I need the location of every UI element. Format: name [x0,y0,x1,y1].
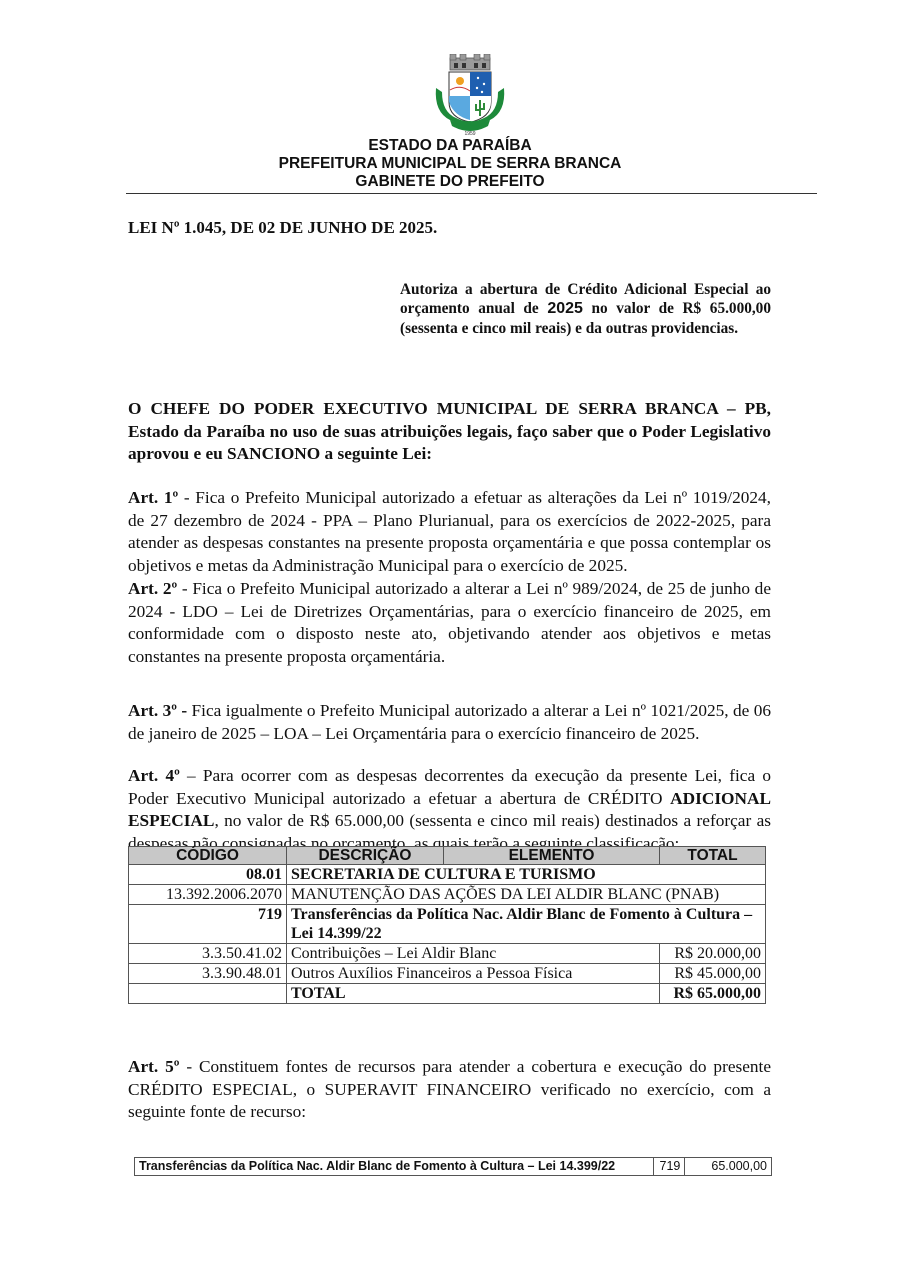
article-5-text: - Constituem fontes de recursos para ate… [128,1057,771,1121]
funding-source-table: Transferências da Política Nac. Aldir Bl… [134,1157,772,1176]
table-row: 3.3.90.48.01 Outros Auxílios Financeiros… [129,964,766,984]
table-row: 13.392.2006.2070 MANUTENÇÃO DAS AÇÕES DA… [129,885,766,905]
row-description: Transferências da Política Nac. Aldir Bl… [287,905,766,944]
article-3: Art. 3º - Fica igualmente o Prefeito Mun… [128,700,771,745]
table-total-row: TOTAL R$ 65.000,00 [129,984,766,1004]
row-code: 13.392.2006.2070 [129,885,287,905]
row-description: MANUTENÇÃO DAS AÇÕES DA LEI ALDIR BLANC … [287,885,766,905]
row-code: 3.3.90.48.01 [129,964,287,984]
row-total: R$ 65.000,00 [660,984,766,1004]
header-codigo: CÓDIGO [129,847,287,865]
article-5: Art. 5º - Constituem fontes de recursos … [128,1056,771,1124]
row-description: Contribuições – Lei Aldir Blanc [287,944,660,964]
municipality-name: PREFEITURA MUNICIPAL DE SERRA BRANCA [0,155,900,172]
coat-of-arms-icon: 1959 [432,54,508,136]
source-description: Transferências da Política Nac. Aldir Bl… [135,1158,654,1176]
row-total: R$ 20.000,00 [660,944,766,964]
table-header-row: CÓDIGO DESCRIÇÃO ELEMENTO TOTAL [129,847,766,865]
article-4-label: Art. 4º [128,766,180,785]
article-2: Art. 2º - Fica o Prefeito Municipal auto… [128,578,771,668]
article-3-text: Fica igualmente o Prefeito Municipal aut… [128,701,771,743]
row-description: TOTAL [287,984,660,1004]
row-code: 08.01 [129,865,287,885]
state-name: ESTADO DA PARAÍBA [0,137,900,154]
law-summary: Autoriza a abertura de Crédito Adicional… [400,280,771,338]
row-description: Outros Auxílios Financeiros a Pessoa Fís… [287,964,660,984]
header-divider [126,193,817,194]
row-code [129,984,287,1004]
svg-text:1959: 1959 [464,131,475,136]
table-row: Transferências da Política Nac. Aldir Bl… [135,1158,772,1176]
preamble: O CHEFE DO PODER EXECUTIVO MUNICIPAL DE … [128,398,771,466]
row-code: 719 [129,905,287,944]
article-2-text: - Fica o Prefeito Municipal autorizado a… [128,579,771,666]
table-row: 08.01 SECRETARIA DE CULTURA E TURISMO [129,865,766,885]
row-description: SECRETARIA DE CULTURA E TURISMO [287,865,766,885]
article-1-label: Art. 1º [128,488,178,507]
article-3-label: Art. 3º - [128,701,187,720]
article-4: Art. 4º – Para ocorrer com as despesas d… [128,765,771,855]
article-5-label: Art. 5º [128,1057,179,1076]
header-total: TOTAL [660,847,766,865]
table-row: 3.3.50.41.02 Contribuições – Lei Aldir B… [129,944,766,964]
classification-table: CÓDIGO DESCRIÇÃO ELEMENTO TOTAL 08.01 SE… [128,846,766,1004]
row-code: 3.3.50.41.02 [129,944,287,964]
source-value: 65.000,00 [685,1158,772,1176]
article-1: Art. 1º - Fica o Prefeito Municipal auto… [128,487,771,577]
source-code: 719 [653,1158,685,1176]
summary-year: 2025 [547,300,583,317]
row-total: R$ 45.000,00 [660,964,766,984]
office-name: GABINETE DO PREFEITO [0,173,900,190]
article-1-text: - Fica o Prefeito Municipal autorizado a… [128,488,771,575]
article-2-label: Art. 2º [128,579,177,598]
header-elemento: ELEMENTO [444,847,660,865]
header-descricao: DESCRIÇÃO [287,847,444,865]
table-row: 719 Transferências da Política Nac. Aldi… [129,905,766,944]
law-title: LEI Nº 1.045, DE 02 DE JUNHO DE 2025. [128,218,437,238]
